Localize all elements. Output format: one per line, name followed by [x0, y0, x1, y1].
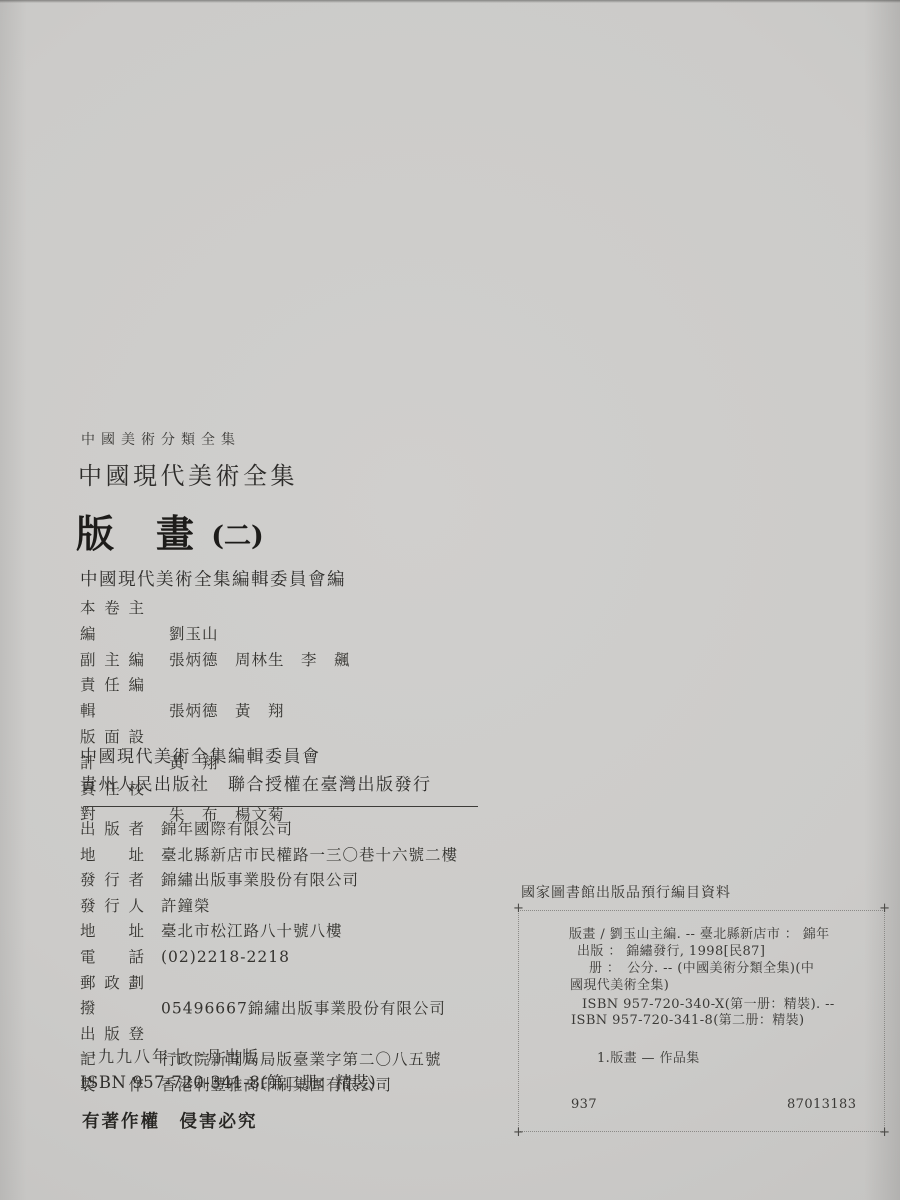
- credit-row: 副主編張炳德 周林生 李 飆: [80, 648, 351, 674]
- credit-value: 張炳德 周林生 李 飆: [169, 651, 351, 669]
- colophon-page: 中國美術分類全集 中國現代美術全集 版 畫 (二) 中國現代美術全集編輯委員會編…: [0, 0, 900, 1200]
- publication-row: 地址臺北縣新店市民權路一三〇巷十六號二樓: [80, 843, 458, 869]
- credit-row: 責任編輯張炳德 黃 翔: [80, 673, 351, 725]
- publication-label: 出版者: [80, 817, 145, 843]
- series-label: 中國美術分類全集: [81, 429, 241, 449]
- publication-label: 電話: [80, 945, 145, 971]
- credit-row: 本卷主編劉玉山: [80, 596, 351, 648]
- publication-value: 臺北市松江路八十號八樓: [161, 922, 343, 940]
- plus-corner-mark-icon: +: [513, 1128, 524, 1138]
- publication-value: (02)2218-2218: [161, 948, 290, 966]
- publication-label: 發行人: [80, 894, 145, 920]
- cip-class-number: 937: [571, 1097, 597, 1112]
- publication-label: 郵政劃撥: [80, 971, 145, 1022]
- credit-value: 張炳德 黃 翔: [169, 702, 285, 720]
- publication-row: 發行者錦繡出版事業股份有限公司: [80, 868, 458, 894]
- publication-row: 郵政劃撥05496667錦繡出版事業股份有限公司: [80, 971, 458, 1022]
- cip-line-4: 國現代美術全集): [570, 974, 669, 993]
- collection-title: 中國現代美術全集: [78, 456, 298, 491]
- credit-label: 副主編: [80, 648, 145, 674]
- cip-header: 國家圖書館出版品預行編目資料: [521, 882, 731, 902]
- plus-corner-mark-icon: +: [879, 904, 890, 914]
- volume-title-text: 版 畫: [76, 511, 196, 556]
- credit-label: 本卷主編: [80, 596, 145, 648]
- publish-date: 一九九八年十一月出版: [80, 1044, 260, 1067]
- publication-row: 地址臺北市松江路八十號八樓: [80, 919, 458, 945]
- copyright-notice: 有著作權 侵害必究: [82, 1108, 258, 1133]
- authorization-line-2: 貴州人民出版社 聯合授權在臺灣出版發行: [80, 772, 432, 800]
- edited-by-line: 中國現代美術全集編輯委員會編: [80, 566, 346, 591]
- cip-record-number: 87013183: [787, 1097, 856, 1112]
- publication-value: 錦繡出版事業股份有限公司: [161, 871, 359, 889]
- plus-corner-mark-icon: +: [879, 1128, 890, 1138]
- publication-row: 電話(02)2218-2218: [80, 945, 458, 971]
- volume-title: 版 畫 (二): [76, 503, 264, 558]
- cip-box: + + + + 版畫 / 劉玉山主編. -- 臺北縣新店市 ： 錦年 出版 ： …: [518, 910, 885, 1132]
- credit-label: 責任編輯: [80, 673, 145, 725]
- publication-value: 臺北縣新店市民權路一三〇巷十六號二樓: [161, 846, 458, 864]
- volume-number: (二): [211, 521, 264, 552]
- credit-value: 劉玉山: [169, 625, 219, 643]
- authorization-line-1: 中國現代美術全集編輯委員會: [80, 744, 432, 772]
- publication-row: 發行人許鐘榮: [80, 894, 458, 920]
- publication-label: 地址: [80, 919, 145, 945]
- publication-value: 許鐘榮: [161, 897, 211, 915]
- isbn-line: ISBN 957-720-341-8(第二册：精裝): [80, 1069, 376, 1093]
- cip-line-6: ISBN 957-720-341-8(第二册：精裝): [571, 1009, 805, 1028]
- cip-line-7: 1.版畫 — 作品集: [597, 1047, 700, 1066]
- publication-value: 錦年國際有限公司: [161, 820, 293, 838]
- publication-row: 出版者錦年國際有限公司: [80, 817, 458, 843]
- publication-label: 發行者: [80, 868, 145, 894]
- authorization-block: 中國現代美術全集編輯委員會 貴州人民出版社 聯合授權在臺灣出版發行: [80, 744, 432, 799]
- publication-value: 05496667錦繡出版事業股份有限公司: [161, 999, 446, 1017]
- publication-label: 地址: [80, 843, 145, 869]
- divider-rule: [84, 806, 478, 807]
- plus-corner-mark-icon: +: [513, 904, 524, 914]
